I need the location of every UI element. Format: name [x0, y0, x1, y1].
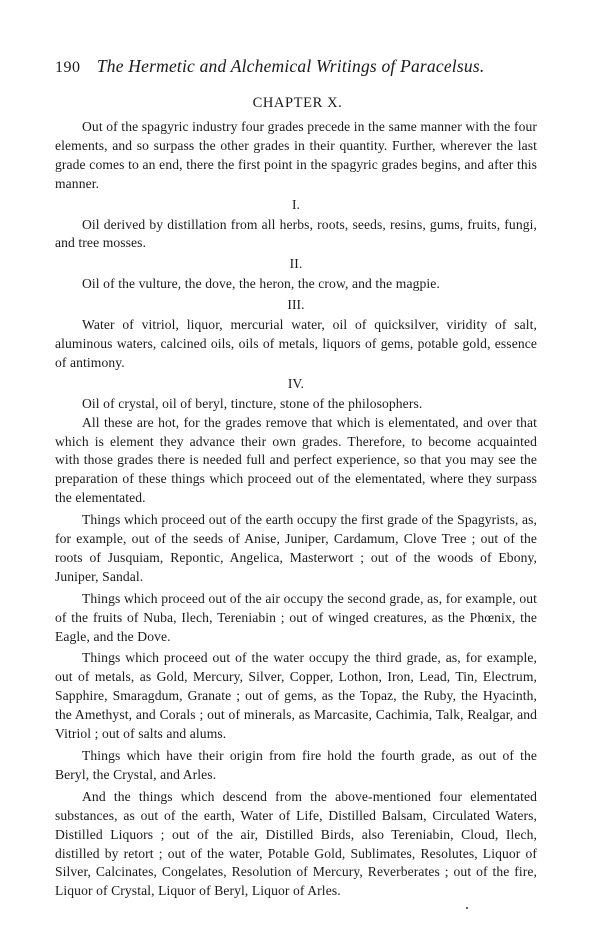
paragraph: Things which proceed out of the earth oc… — [55, 511, 537, 587]
paragraph: And the things which descend from the ab… — [55, 788, 537, 901]
grade-numeral-1: I. — [55, 196, 537, 215]
paragraph: All these are hot, for the grades remove… — [55, 414, 537, 509]
body-text: Out of the spagyric industry four grades… — [55, 118, 537, 901]
intro-paragraph: Out of the spagyric industry four grades… — [55, 118, 537, 194]
page-number: 190 — [55, 59, 81, 76]
chapter-heading: CHAPTER X. — [55, 95, 540, 112]
running-title: The Hermetic and Alchemical Writings of … — [97, 56, 485, 76]
paragraph: Things which proceed out of the air occu… — [55, 590, 537, 647]
grade-text-1: Oil derived by distillation from all her… — [55, 216, 537, 254]
grade-text-3: Water of vitriol, liquor, mercurial wate… — [55, 316, 537, 373]
paragraph: Things which proceed out of the water oc… — [55, 649, 537, 744]
grade-numeral-2: II. — [55, 255, 537, 274]
print-speck — [466, 907, 468, 909]
grade-numeral-3: III. — [55, 296, 537, 315]
grade-numeral-4: IV. — [55, 375, 537, 394]
running-header: 190 The Hermetic and Alchemical Writings… — [55, 56, 555, 77]
grade-text-2: Oil of the vulture, the dove, the heron,… — [55, 275, 537, 294]
paragraph: Things which have their origin from fire… — [55, 747, 537, 785]
grade-text-4: Oil of crystal, oil of beryl, tincture, … — [55, 395, 537, 414]
